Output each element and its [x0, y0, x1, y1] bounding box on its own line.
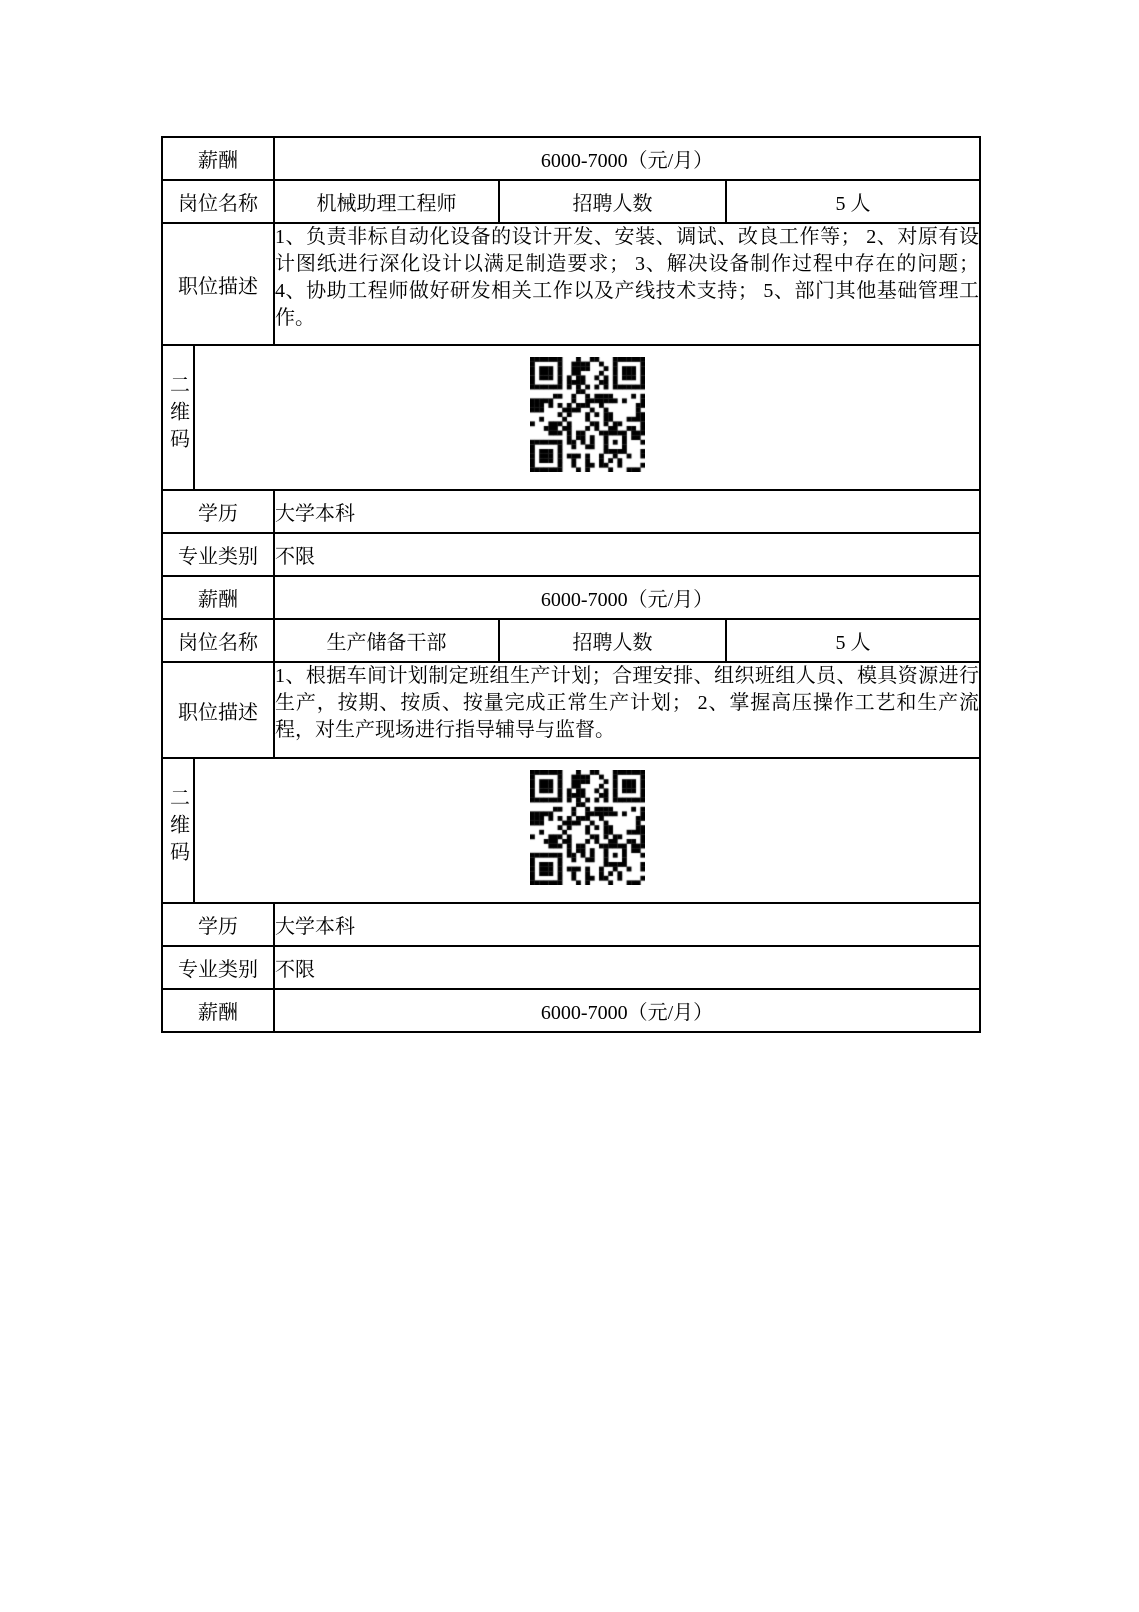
- position-label-cell: 岗位名称: [162, 619, 274, 662]
- salary-value: 6000-7000（元/月）: [274, 576, 980, 619]
- salary-value: 6000-7000（元/月）: [274, 137, 980, 180]
- position-name: 机械助理工程师: [274, 180, 499, 223]
- table-row-description: 职位描述 1、负责非标自动化设备的设计开发、安装、调试、改良工作等； 2、对原有…: [162, 223, 980, 345]
- table-row-qrcode: 二维码: [162, 758, 980, 903]
- job-description-text: 1、负责非标自动化设备的设计开发、安装、调试、改良工作等； 2、对原有设计图纸进…: [274, 223, 980, 345]
- salary-label-cell: 薪酬: [162, 576, 274, 619]
- major-value: 不限: [274, 946, 980, 989]
- education-value: 大学本科: [274, 903, 980, 946]
- job-description-text: 1、根据车间计划制定班组生产计划；合理安排、组织班组人员、模具资源进行生产，按期…: [274, 662, 980, 758]
- table-row-salary: 薪酬 6000-7000（元/月）: [162, 137, 980, 180]
- table-row-education: 学历 大学本科: [162, 490, 980, 533]
- description-label-cell: 职位描述: [162, 662, 274, 758]
- table-row-position: 岗位名称 机械助理工程师 招聘人数 5 人: [162, 180, 980, 223]
- salary-label-cell: 薪酬: [162, 137, 274, 180]
- table-row-major: 专业类别 不限: [162, 946, 980, 989]
- qrcode-label-text: 二维码: [164, 787, 193, 868]
- salary-label-cell: 薪酬: [162, 989, 274, 1032]
- position-label-cell: 岗位名称: [162, 180, 274, 223]
- table-row-salary: 薪酬 6000-7000（元/月）: [162, 576, 980, 619]
- description-label-cell: 职位描述: [162, 223, 274, 345]
- major-label-cell: 专业类别: [162, 533, 274, 576]
- salary-value: 6000-7000（元/月）: [274, 989, 980, 1032]
- document-page: 薪酬 6000-7000（元/月） 岗位名称 机械助理工程师 招聘人数 5 人 …: [0, 0, 1139, 1612]
- qrcode-label-text: 二维码: [164, 374, 193, 455]
- qrcode-cell: [194, 758, 980, 903]
- qrcode-label-cell: 二维码: [162, 758, 194, 903]
- recruitment-table: 薪酬 6000-7000（元/月） 岗位名称 机械助理工程师 招聘人数 5 人 …: [161, 136, 981, 1033]
- major-label-cell: 专业类别: [162, 946, 274, 989]
- headcount-label-cell: 招聘人数: [499, 619, 726, 662]
- major-value: 不限: [274, 533, 980, 576]
- table-row-qrcode: 二维码: [162, 345, 980, 490]
- table-row-position: 岗位名称 生产储备干部 招聘人数 5 人: [162, 619, 980, 662]
- table-row-major: 专业类别 不限: [162, 533, 980, 576]
- table-row-description: 职位描述 1、根据车间计划制定班组生产计划；合理安排、组织班组人员、模具资源进行…: [162, 662, 980, 758]
- headcount-value: 5 人: [726, 180, 980, 223]
- qrcode-label-cell: 二维码: [162, 345, 194, 490]
- position-name: 生产储备干部: [274, 619, 499, 662]
- education-value: 大学本科: [274, 490, 980, 533]
- qr-code-icon: [530, 770, 645, 885]
- headcount-value: 5 人: [726, 619, 980, 662]
- education-label-cell: 学历: [162, 490, 274, 533]
- qr-code-icon: [530, 357, 645, 472]
- table-row-education: 学历 大学本科: [162, 903, 980, 946]
- education-label-cell: 学历: [162, 903, 274, 946]
- qrcode-cell: [194, 345, 980, 490]
- table-row-salary: 薪酬 6000-7000（元/月）: [162, 989, 980, 1032]
- headcount-label-cell: 招聘人数: [499, 180, 726, 223]
